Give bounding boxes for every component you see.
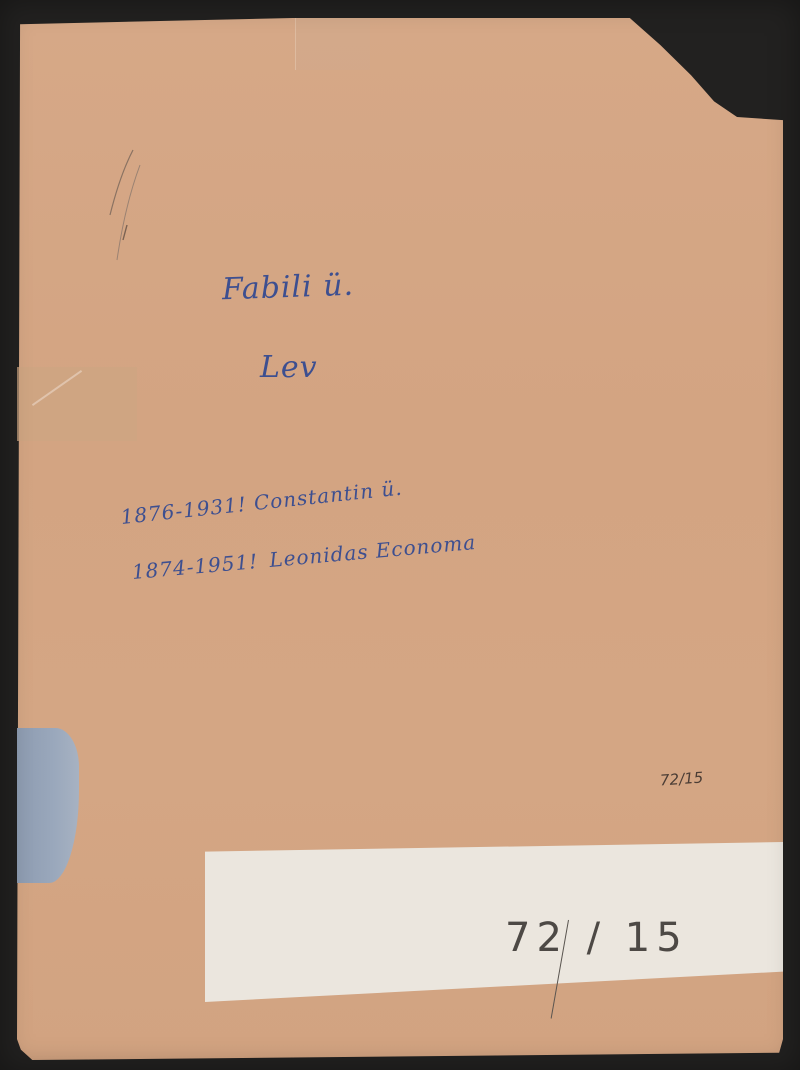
label-reference-number: 72 / 15: [505, 915, 688, 961]
reference-number-small: 72/15: [659, 769, 703, 790]
handwritten-title: Fabili ü.: [221, 268, 354, 308]
tape-residue-left: [17, 367, 137, 441]
handwritten-subtitle: Lev: [260, 350, 318, 385]
tape-residue-top: [295, 18, 370, 70]
scan-background: Fabili ü. Lev 1876-1931! Constantin ü. 1…: [0, 0, 800, 1070]
